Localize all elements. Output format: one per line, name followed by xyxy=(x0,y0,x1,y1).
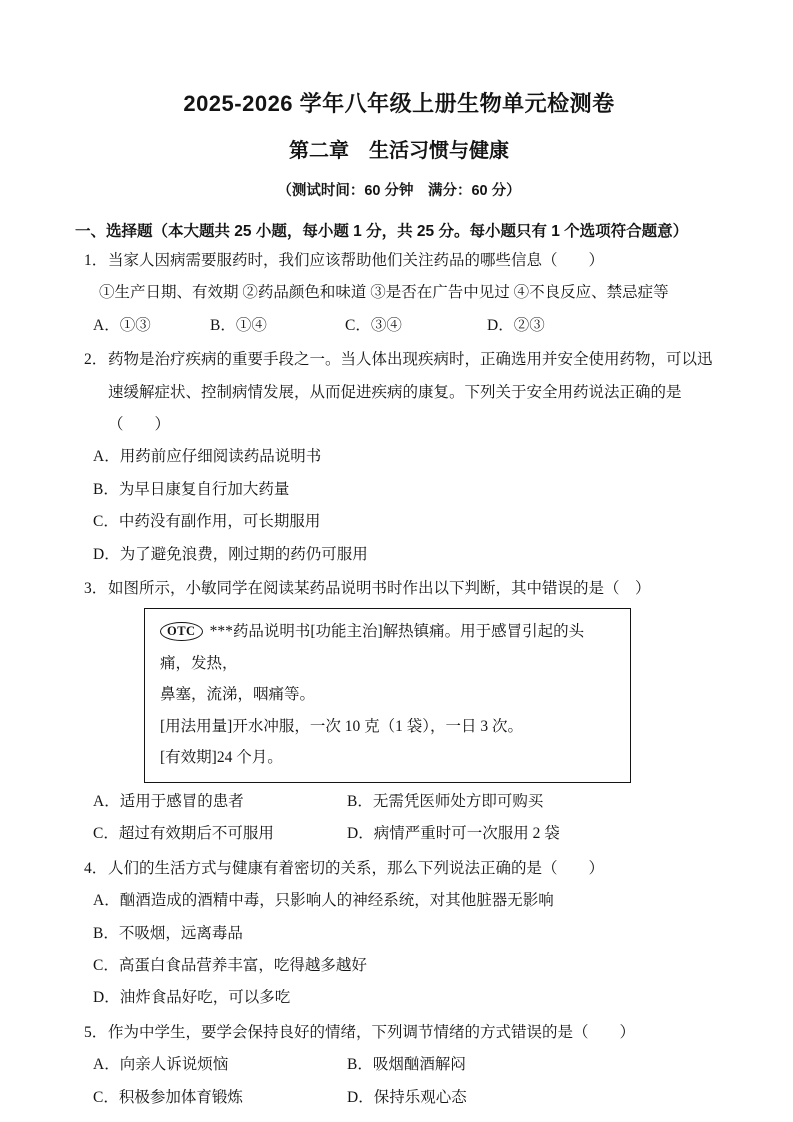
exam-page: 2025-2026 学年八年级上册生物单元检测卷 第二章 生活习惯与健康 （测试… xyxy=(0,0,793,1122)
option-a: A．用药前应仔细阅读药品说明书 xyxy=(93,441,723,473)
question-2-stem: 2． 药物是治疗疾病的重要手段之一。当人体出现疾病时，正确选用并安全使用药物，可… xyxy=(84,344,723,441)
question-text: 人们的生活方式与健康有着密切的关系，那么下列说法正确的是（ ） xyxy=(108,853,723,885)
question-4-stem: 4． 人们的生活方式与健康有着密切的关系，那么下列说法正确的是（ ） xyxy=(84,853,723,885)
figure-line-4: [有效期]24 个月。 xyxy=(160,742,615,774)
figure-text: ***药品说明书[功能主治]解热镇痛。用于感冒引起的头痛，发热， xyxy=(160,623,584,672)
figure-line-2: 鼻塞，流涕，咽痛等。 xyxy=(160,679,615,711)
question-2: 2． 药物是治疗疾病的重要手段之一。当人体出现疾病时，正确选用并安全使用药物，可… xyxy=(75,344,723,571)
option-d: D．病情严重时可一次服用 2 袋 xyxy=(347,818,723,850)
question-1: 1． 当家人因病需要服药时，我们应该帮助他们关注药品的哪些信息（ ） ①生产日期… xyxy=(75,245,723,342)
question-5-stem: 5． 作为中学生，要学会保持良好的情绪，下列调节情绪的方式错误的是（ ） xyxy=(84,1017,723,1049)
option-b: B．不吸烟，远离毒品 xyxy=(93,918,723,950)
option-b: B．无需凭医师处方即可购买 xyxy=(347,786,723,818)
figure-line-3: [用法用量]开水冲服，一次 10 克（1 袋），一日 3 次。 xyxy=(160,711,615,743)
option-b: B．吸烟酗酒解闷 xyxy=(347,1049,723,1081)
option-c: C．超过有效期后不可服用 xyxy=(93,818,347,850)
otc-badge: OTC xyxy=(160,622,203,641)
question-1-items: ①生产日期、有效期 ②药品颜色和味道 ③是否在广告中见过 ④不良反应、禁忌症等 xyxy=(84,277,723,309)
option-b: B．①④ xyxy=(210,310,345,342)
question-1-options: A．①③ B．①④ C．③④ D．②③ xyxy=(84,310,723,342)
question-4-options: A．酗酒造成的酒精中毒，只影响人的神经系统，对其他脏器无影响 B．不吸烟，远离毒… xyxy=(84,885,723,1015)
exam-title: 2025-2026 学年八年级上册生物单元检测卷 xyxy=(75,90,723,118)
chapter-title: 第二章 生活习惯与健康 xyxy=(75,139,723,163)
option-c: C．③④ xyxy=(345,310,487,342)
question-number: 1． xyxy=(84,245,108,277)
option-d: D．②③ xyxy=(487,310,545,342)
option-a: A．适用于感冒的患者 xyxy=(93,786,347,818)
question-text: 作为中学生，要学会保持良好的情绪，下列调节情绪的方式错误的是（ ） xyxy=(108,1017,723,1049)
figure-line-1: OTC***药品说明书[功能主治]解热镇痛。用于感冒引起的头痛，发热， xyxy=(160,616,615,679)
option-d: D．油炸食品好吃，可以多吃 xyxy=(93,982,723,1014)
question-2-options: A．用药前应仔细阅读药品说明书 B．为早日康复自行加大药量 C．中药没有副作用，… xyxy=(84,441,723,571)
question-3-stem: 3． 如图所示，小敏同学在阅读某药品说明书时作出以下判断，其中错误的是（ ） xyxy=(84,573,723,605)
option-b: B．为早日康复自行加大药量 xyxy=(93,474,723,506)
drug-instruction-figure: OTC***药品说明书[功能主治]解热镇痛。用于感冒引起的头痛，发热， 鼻塞，流… xyxy=(144,608,631,783)
question-number: 2． xyxy=(84,344,108,441)
question-1-stem: 1． 当家人因病需要服药时，我们应该帮助他们关注药品的哪些信息（ ） xyxy=(84,245,723,277)
option-c: C．高蛋白食品营养丰富，吃得越多越好 xyxy=(93,950,723,982)
question-3: 3． 如图所示，小敏同学在阅读某药品说明书时作出以下判断，其中错误的是（ ） O… xyxy=(75,573,723,851)
section-1-header: 一、选择题（本大题共 25 小题，每小题 1 分，共 25 分。每小题只有 1 … xyxy=(75,221,723,243)
option-c: C．积极参加体育锻炼 xyxy=(93,1082,347,1114)
option-d: D．为了避免浪费，刚过期的药仍可服用 xyxy=(93,539,723,571)
question-4: 4． 人们的生活方式与健康有着密切的关系，那么下列说法正确的是（ ） A．酗酒造… xyxy=(75,853,723,1015)
question-text: 药物是治疗疾病的重要手段之一。当人体出现疾病时，正确选用并安全使用药物，可以迅速… xyxy=(108,344,723,441)
question-number: 3． xyxy=(84,573,108,605)
exam-meta: （测试时间：60 分钟 满分：60 分） xyxy=(75,181,723,201)
question-5-options: A．向亲人诉说烦恼 B．吸烟酗酒解闷 C．积极参加体育锻炼 D．保持乐观心态 xyxy=(84,1049,723,1114)
question-5: 5． 作为中学生，要学会保持良好的情绪，下列调节情绪的方式错误的是（ ） A．向… xyxy=(75,1017,723,1114)
question-number: 4． xyxy=(84,853,108,885)
option-a: A．酗酒造成的酒精中毒，只影响人的神经系统，对其他脏器无影响 xyxy=(93,885,723,917)
option-a: A．向亲人诉说烦恼 xyxy=(93,1049,347,1081)
option-c: C．中药没有副作用，可长期服用 xyxy=(93,506,723,538)
question-3-options: A．适用于感冒的患者 B．无需凭医师处方即可购买 C．超过有效期后不可服用 D．… xyxy=(84,786,723,851)
question-text: 当家人因病需要服药时，我们应该帮助他们关注药品的哪些信息（ ） xyxy=(108,245,723,277)
option-d: D．保持乐观心态 xyxy=(347,1082,723,1114)
option-a: A．①③ xyxy=(93,310,210,342)
question-number: 5． xyxy=(84,1017,108,1049)
question-text: 如图所示，小敏同学在阅读某药品说明书时作出以下判断，其中错误的是（ ） xyxy=(108,573,723,605)
